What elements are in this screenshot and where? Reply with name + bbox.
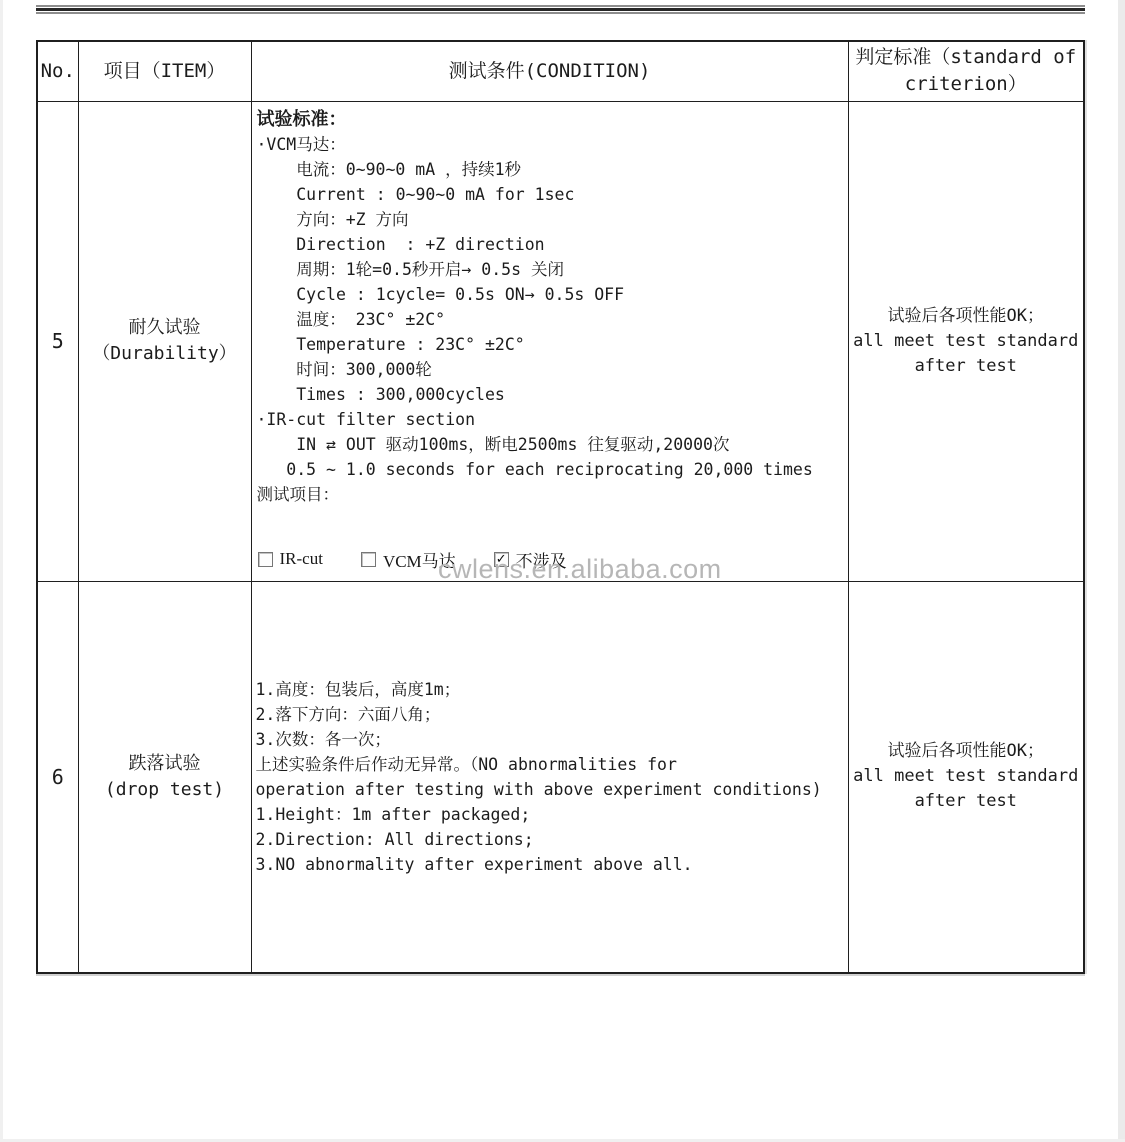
header-cell-item: 项目（ITEM） [78,41,251,101]
checkbox-not-involved-box[interactable]: ✓ [494,552,509,567]
header-cell-no: No. [37,41,78,101]
row5-condition-title: 试验标准： [257,107,846,132]
row5-no: 5 [37,101,78,581]
checkbox-vcm-motor-box[interactable] [361,552,376,567]
row6-no: 6 [37,581,78,973]
checkbox-vcm-motor-label: VCM马达 [383,547,456,572]
header-cell-standard: 判定标准（standard of criterion） [848,41,1084,101]
row6-item: 跌落试验 (drop test) [78,581,251,973]
row5-item: 耐久试验 （Durability） [78,101,251,581]
checkbox-ir-cut[interactable]: IR-cut [258,549,323,569]
checkbox-not-involved-label: 不涉及 [516,547,567,572]
checkbox-not-involved[interactable]: ✓ 不涉及 [494,547,567,572]
page-edge-right [1118,0,1125,1142]
page-top-rule [36,5,1085,14]
table-row-6: 6 跌落试验 (drop test) 1.高度：包装后，高度1m； 2.落下方向… [37,581,1084,973]
checkbox-ir-cut-label: IR-cut [280,549,323,569]
row5-condition-cell: 试验标准： ·VCM马达： 电流：0~90~0 mA ，持续1秒 Current… [251,101,848,581]
row5-standard: 试验后各项性能OK； all meet test standard after … [848,101,1084,581]
checkbox-ir-cut-box[interactable] [258,552,273,567]
header-cell-condition: 测试条件(CONDITION) [251,41,848,101]
page-edge-left [0,0,3,1142]
test-spec-table: No. 项目（ITEM） 测试条件(CONDITION) 判定标准（standa… [36,40,1085,974]
test-item-checkbox-row: IR-cut VCM马达 ✓ 不涉及 [258,547,567,572]
row5-condition-body: ·VCM马达： 电流：0~90~0 mA ，持续1秒 Current : 0~9… [257,132,846,507]
table-row-5: 5 耐久试验 （Durability） 试验标准： ·VCM马达： 电流：0~9… [37,101,1084,581]
row6-standard: 试验后各项性能OK； all meet test standard after … [848,581,1084,973]
header-row: No. 项目（ITEM） 测试条件(CONDITION) 判定标准（standa… [37,41,1084,101]
row6-condition-cell: 1.高度：包装后，高度1m； 2.落下方向：六面八角； 3.次数：各一次； 上述… [251,581,848,973]
checkbox-vcm-motor[interactable]: VCM马达 [361,547,456,572]
row6-condition-body: 1.高度：包装后，高度1m； 2.落下方向：六面八角； 3.次数：各一次； 上述… [256,677,846,877]
